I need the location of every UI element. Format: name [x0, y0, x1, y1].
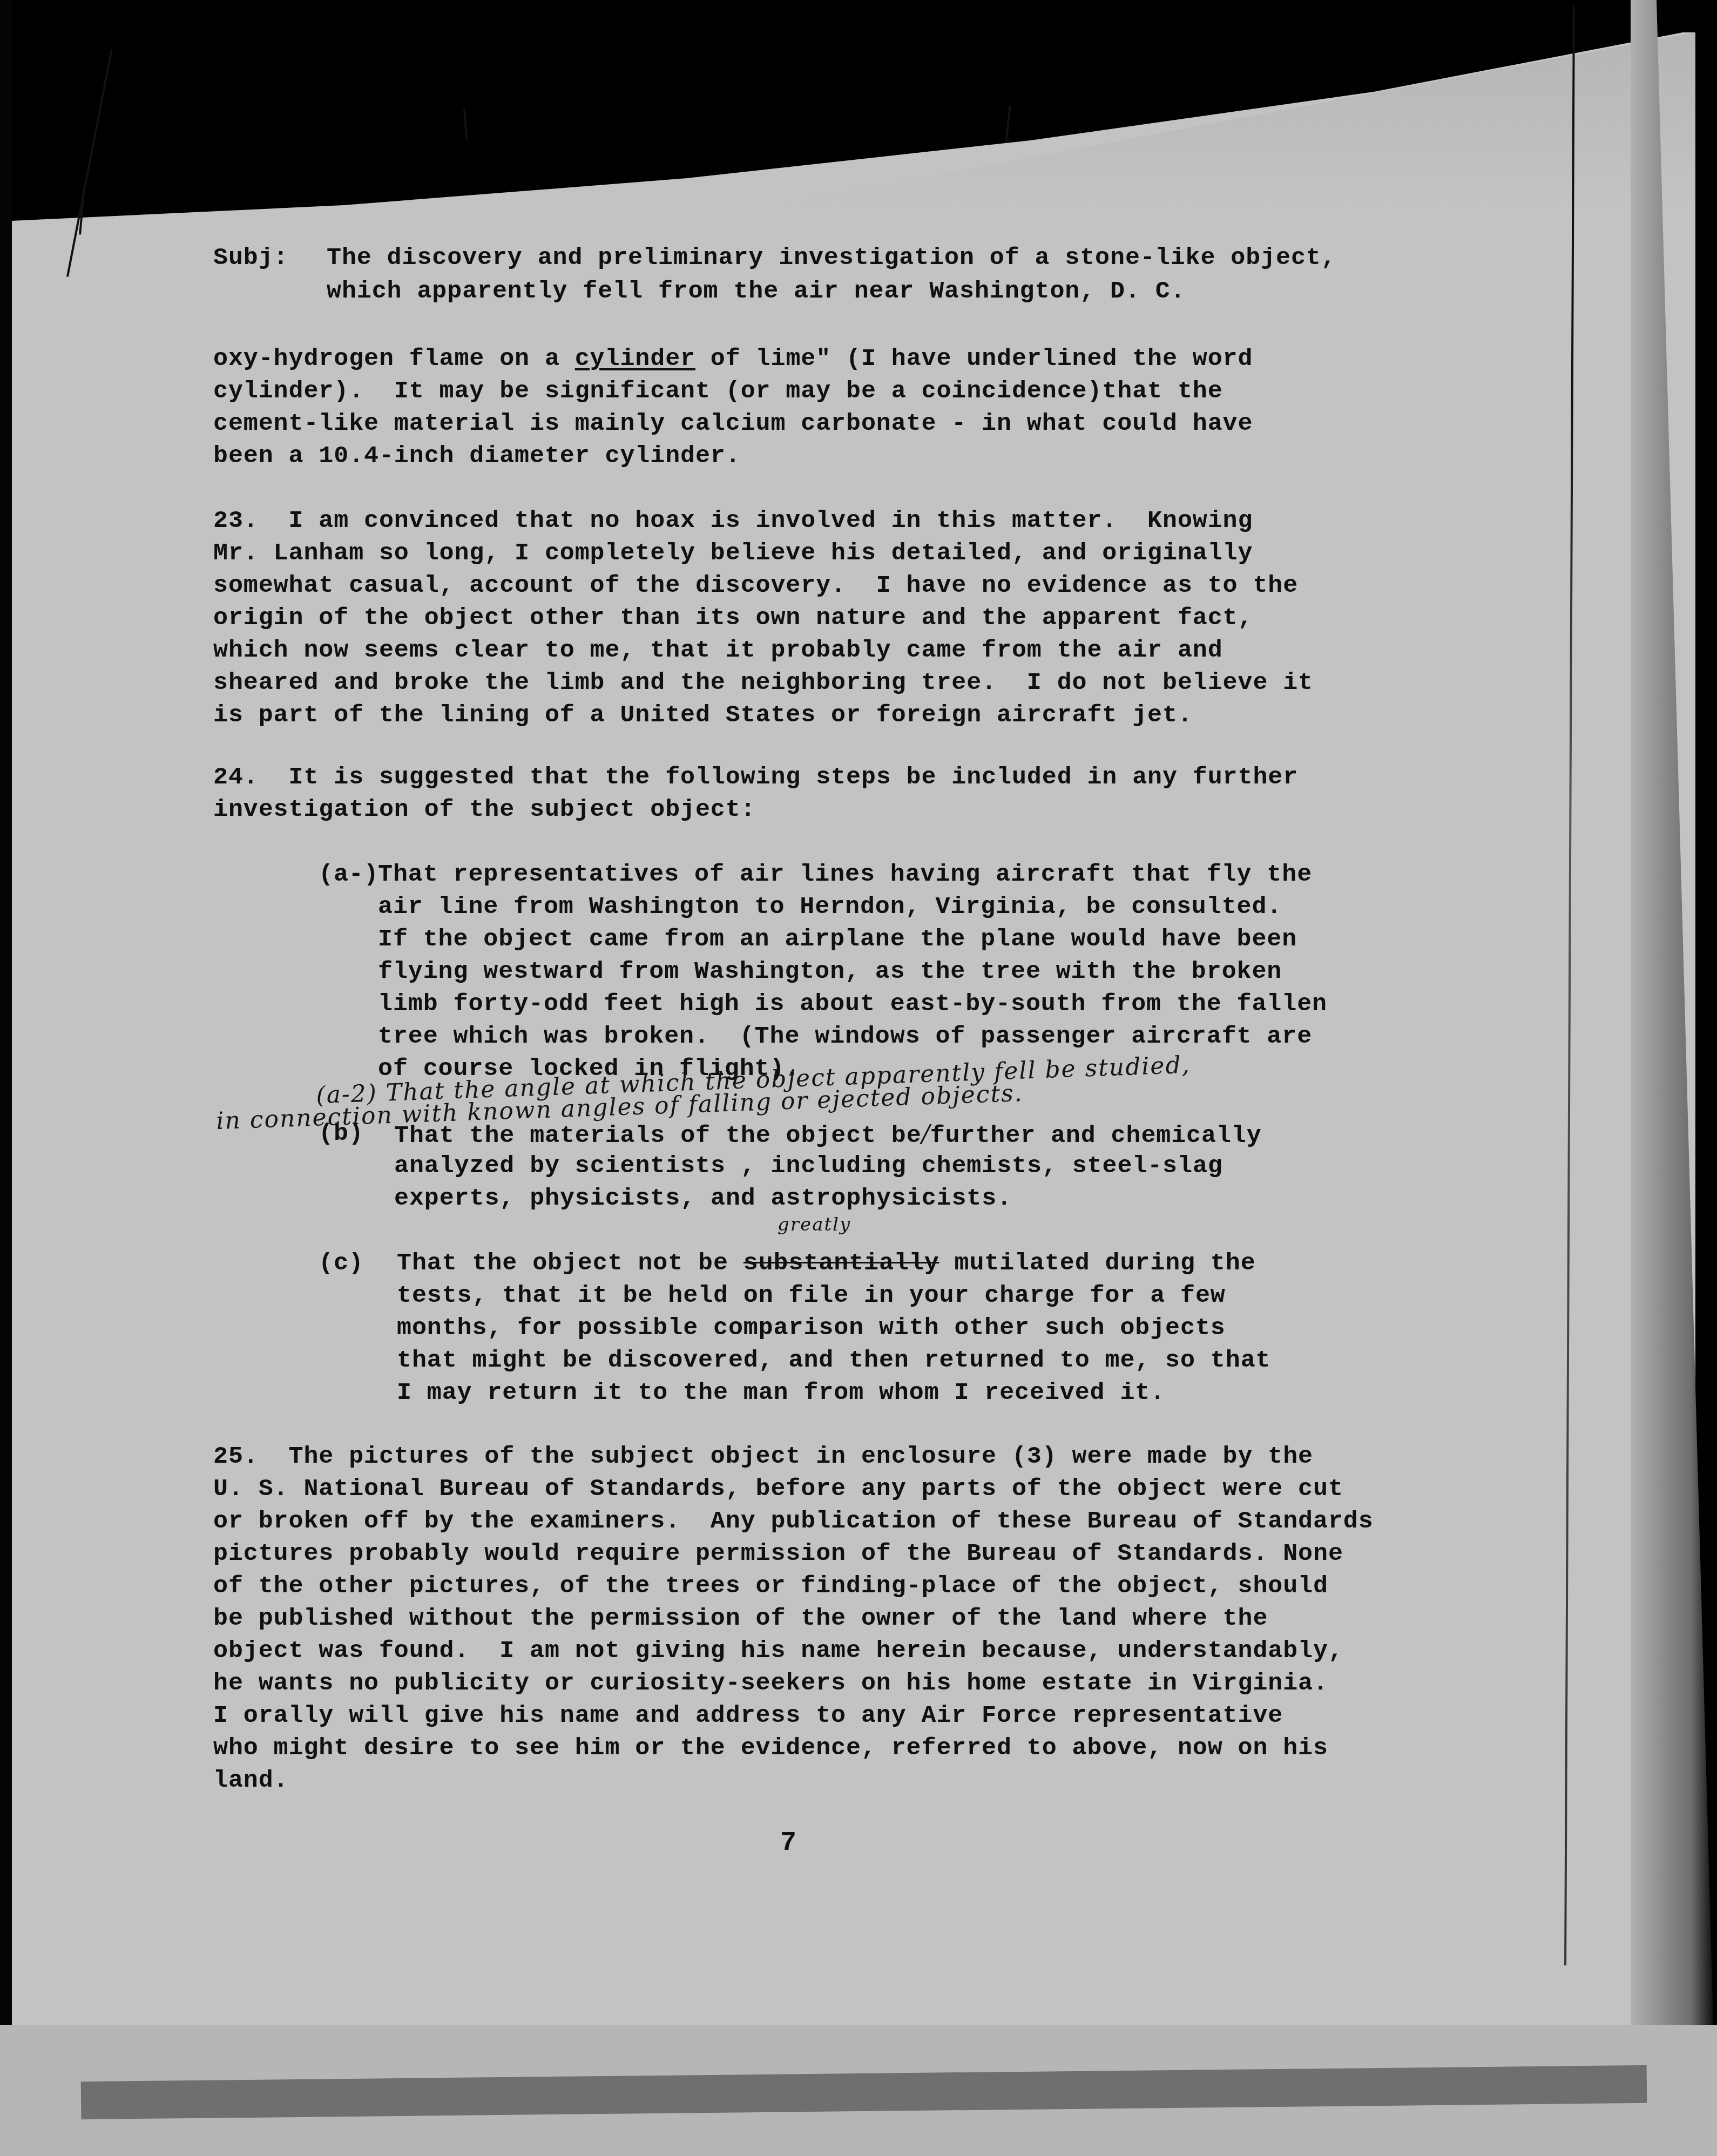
item-c-line: months, for possible comparison with oth… — [397, 1312, 1226, 1344]
item-a-label: (a-) — [319, 859, 379, 891]
para25-line: U. S. National Bureau of Standards, befo… — [213, 1473, 1343, 1505]
para22-line: cement-like material is mainly calcium c… — [213, 408, 1253, 440]
para25-line: object was found. I am not giving his na… — [213, 1635, 1343, 1667]
para25-line: 25. The pictures of the subject object i… — [213, 1441, 1313, 1473]
para23-line: 23. I am convinced that no hoax is invol… — [213, 505, 1253, 537]
para22-line: cylinder). It may be significant (or may… — [213, 375, 1223, 408]
para23-line: somewhat casual, account of the discover… — [213, 570, 1298, 602]
para23-line: origin of the object other than its own … — [213, 602, 1253, 634]
subject-line: The discovery and preliminary investigat… — [327, 242, 1336, 274]
para25-line: land. — [213, 1765, 289, 1797]
para25-line: who might desire to see him or the evide… — [213, 1732, 1328, 1765]
item-a-line: air line from Washington to Herndon, Vir… — [378, 891, 1282, 923]
para22-text: of lime" (I have underlined the word — [695, 345, 1253, 373]
item-b-label: (b) — [319, 1118, 364, 1150]
item-c-line: I may return it to the man from whom I r… — [397, 1377, 1165, 1409]
item-a-line: tree which was broken. (The windows of p… — [378, 1020, 1312, 1053]
subject-label: Subj: — [213, 242, 289, 274]
subject-line: which apparently fell from the air near … — [327, 275, 1186, 308]
handwritten-insert: greatly — [778, 1214, 851, 1235]
para25-line: pictures probably would require permissi… — [213, 1538, 1343, 1570]
item-c-line: That the object not be substantially mut… — [397, 1247, 1256, 1280]
page-number: 7 — [780, 1828, 796, 1858]
struck-word: substantially — [743, 1249, 939, 1277]
underlined-word: cylinder — [575, 345, 695, 373]
para25-line: I orally will give his name and address … — [213, 1700, 1283, 1732]
para25-line: of the other pictures, of the trees or f… — [213, 1570, 1328, 1603]
para23-line: Mr. Lanham so long, I completely believe… — [213, 537, 1253, 570]
para23-line: is part of the lining of a United States… — [213, 699, 1193, 732]
item-b-line: That the materials of the object be/furt… — [394, 1118, 1262, 1152]
item-a-line: limb forty-odd feet high is about east-b… — [378, 988, 1327, 1020]
para24-line: investigation of the subject object: — [213, 794, 756, 826]
para22-line: been a 10.4-inch diameter cylinder. — [213, 440, 741, 472]
item-c-label: (c) — [319, 1247, 364, 1280]
para22-text: oxy-hydrogen flame on a — [213, 345, 575, 373]
scan-bottom-shadow — [81, 2065, 1647, 2119]
item-b-text: That the materials of the object be — [394, 1122, 922, 1150]
item-a-line: That representatives of air lines having… — [378, 859, 1312, 891]
para25-line: be published without the permission of t… — [213, 1603, 1268, 1635]
scan-bottom-band — [0, 2025, 1717, 2156]
para23-line: which now seems clear to me, that it pro… — [213, 634, 1223, 667]
item-b-line: analyzed by scientists , including chemi… — [394, 1150, 1223, 1182]
item-b-line: experts, physicists, and astrophysicists… — [394, 1182, 1012, 1215]
item-a-line: flying westward from Washington, as the … — [378, 956, 1282, 988]
para23-line: sheared and broke the limb and the neigh… — [213, 667, 1313, 699]
para25-line: or broken off by the examiners. Any publ… — [213, 1505, 1374, 1538]
item-b-text: further and chemically — [930, 1122, 1262, 1150]
item-a-line: If the object came from an airplane the … — [378, 923, 1297, 956]
item-c-text: That the object not be — [397, 1249, 743, 1277]
scan-left-edge — [0, 0, 12, 2156]
para24-line: 24. It is suggested that the following s… — [213, 761, 1298, 794]
item-c-line: tests, that it be held on file in your c… — [397, 1280, 1226, 1312]
para25-line: he wants no publicity or curiosity-seeke… — [213, 1667, 1328, 1700]
item-c-line: that might be discovered, and then retur… — [397, 1344, 1270, 1377]
item-c-text: mutilated during the — [939, 1249, 1256, 1277]
para22-line: oxy-hydrogen flame on a cylinder of lime… — [213, 343, 1253, 375]
